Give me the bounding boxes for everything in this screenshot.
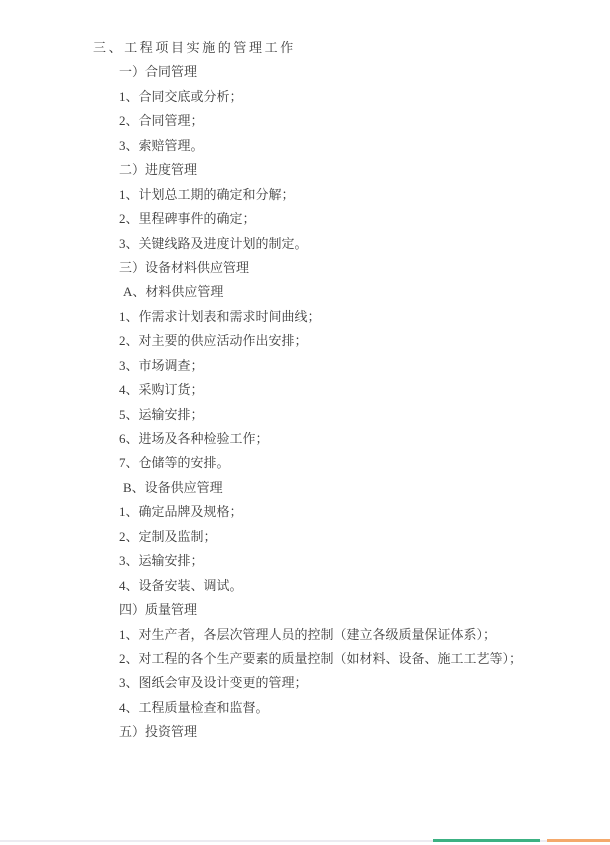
document-line: 3、运输安排；	[119, 549, 610, 573]
document-line: 2、定制及监制；	[119, 525, 610, 549]
document-line: 二）进度管理	[119, 158, 610, 182]
document-line: B、设备供应管理	[123, 476, 610, 500]
document-line: 1、合同交底或分析；	[119, 85, 610, 109]
document-line: A、材料供应管理	[123, 280, 610, 304]
document-line: 三）设备材料供应管理	[119, 256, 610, 280]
document-line: 5、运输安排；	[119, 403, 610, 427]
document-line: 3、关键线路及进度计划的制定。	[119, 232, 610, 256]
document-line: 4、工程质量检查和监督。	[119, 696, 610, 720]
document-line: 3、索赔管理。	[119, 134, 610, 158]
document-line: 五）投资管理	[119, 720, 610, 744]
document-line: 1、对生产者，各层次管理人员的控制（建立各级质量保证体系）；	[119, 623, 610, 647]
document-line: 3、市场调查；	[119, 354, 610, 378]
document-line: 7、仓储等的安排。	[119, 451, 610, 475]
orange-button-edge[interactable]	[547, 839, 610, 842]
green-button-edge[interactable]	[433, 839, 540, 842]
document-line: 4、采购订货；	[119, 378, 610, 402]
document-line: 1、计划总工期的确定和分解；	[119, 183, 610, 207]
document-line: 三、工程项目实施的管理工作	[93, 36, 610, 60]
document-line: 4、设备安装、调试。	[119, 574, 610, 598]
document-line: 2、里程碑事件的确定；	[119, 207, 610, 231]
document-line: 2、对主要的供应活动作出安排；	[119, 329, 610, 353]
document-line: 6、进场及各种检验工作；	[119, 427, 610, 451]
document-line: 2、合同管理；	[119, 109, 610, 133]
document-line: 1、作需求计划表和需求时间曲线；	[119, 305, 610, 329]
document-line: 一）合同管理	[119, 60, 610, 84]
document-page: { "page": { "background": "#ffffff", "te…	[0, 0, 610, 845]
document-line: 1、确定品牌及规格；	[119, 500, 610, 524]
document-body: 三、工程项目实施的管理工作一）合同管理1、合同交底或分析；2、合同管理；3、索赔…	[0, 36, 610, 745]
document-line: 2、对工程的各个生产要素的质量控制（如材料、设备、施工工艺等）；	[119, 647, 610, 671]
document-line: 四）质量管理	[119, 598, 610, 622]
document-line: 3、图纸会审及设计变更的管理；	[119, 671, 610, 695]
